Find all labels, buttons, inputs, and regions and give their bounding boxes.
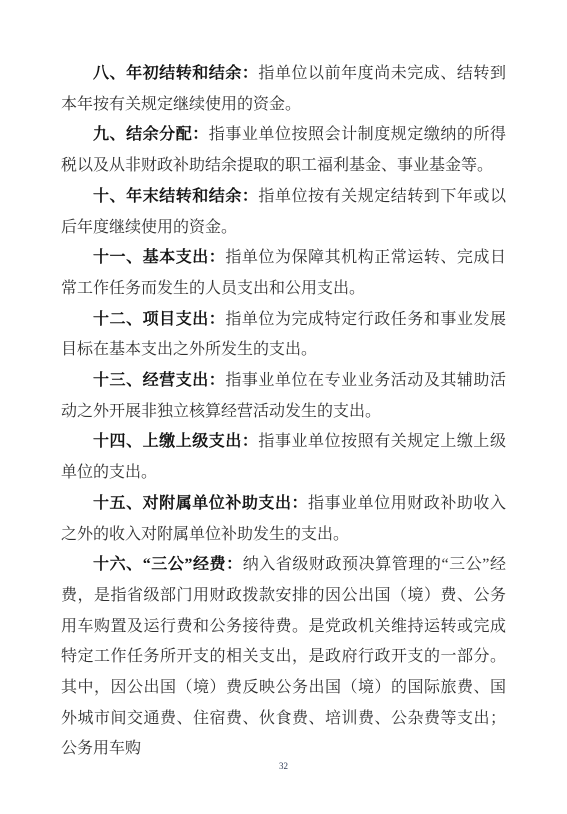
page-number: 32 — [0, 761, 567, 771]
definition-term: 十四、上缴上级支出： — [93, 433, 258, 450]
definition-term: 十、年末结转和结余： — [93, 188, 258, 205]
definition-term: 八、年初结转和结余： — [93, 65, 258, 82]
document-page: 八、年初结转和结余：指单位以前年度尚未完成、结转到本年按有关规定继续使用的资金。… — [0, 0, 567, 814]
definition-term: 十三、经营支出： — [93, 372, 225, 389]
definition-term: 十六、“三公”经费： — [93, 556, 243, 573]
definition-term: 十一、基本支出： — [93, 249, 225, 266]
definition-paragraph: 十五、对附属单位补助支出：指事业单位用财政补助收入之外的收入对附属单位补助发生的… — [61, 489, 506, 550]
definition-term: 九、结余分配： — [93, 126, 209, 143]
definition-term: 十五、对附属单位补助支出： — [93, 495, 308, 512]
definition-paragraph: 十三、经营支出：指事业单位在专业业务活动及其辅助活动之外开展非独立核算经营活动发… — [61, 366, 506, 427]
definition-paragraph: 九、结余分配：指事业单位按照会计制度规定缴纳的所得税以及从非财政补助结余提取的职… — [61, 120, 506, 181]
definition-paragraph: 十四、上缴上级支出：指事业单位按照有关规定上缴上级单位的支出。 — [61, 427, 506, 488]
definition-paragraph: 十一、基本支出：指单位为保障其机构正常运转、完成日常工作任务而发生的人员支出和公… — [61, 243, 506, 304]
definition-text: 纳入省级财政预决算管理的“三公”经费，是指省级部门用财政拨款安排的因公出国（境）… — [61, 556, 506, 757]
definition-term: 十二、项目支出： — [93, 311, 225, 328]
definition-paragraph: 十六、“三公”经费：纳入省级财政预决算管理的“三公”经费，是指省级部门用财政拨款… — [61, 550, 506, 765]
definition-paragraph: 十二、项目支出：指单位为完成特定行政任务和事业发展目标在基本支出之外所发生的支出… — [61, 305, 506, 366]
definition-paragraph: 八、年初结转和结余：指单位以前年度尚未完成、结转到本年按有关规定继续使用的资金。 — [61, 59, 506, 120]
definition-paragraph: 十、年末结转和结余：指单位按有关规定结转到下年或以后年度继续使用的资金。 — [61, 182, 506, 243]
